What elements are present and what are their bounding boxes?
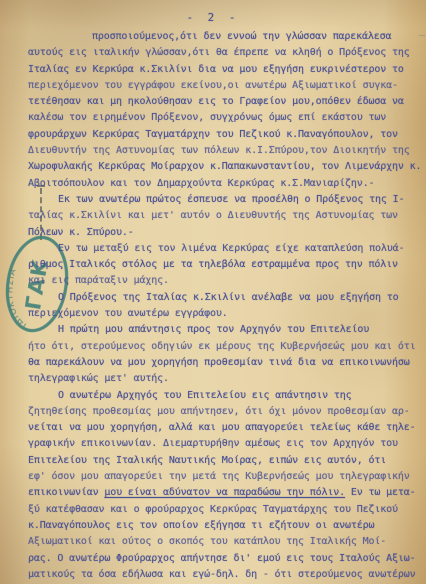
document-line: ρας. Ο ανωτέρω Φρούραρχος απήντησε δι' ε… <box>28 551 422 567</box>
document-line: Διευθυντήν της Αστυνομίας των πόλεων κ.Ι… <box>28 143 422 159</box>
document-line: Επιτελείου της Ιταλικής Ναυτικής Μοίρας,… <box>28 453 422 469</box>
line-text: επικοινωνίαν <box>28 487 104 498</box>
document-line: γραφικήν επικοινωνίαν. Διεμαρτυρήθην αμέ… <box>28 436 422 452</box>
document-line: Εν τω μεταξύ εις τον λιμένα Κερκύρας είχ… <box>28 241 422 257</box>
document-line: ματικούς τα όσα εδήλωσα και εγώ-δηλ. δη … <box>28 567 422 583</box>
document-line: Εκ των ανωτέρω πρώτος έσπευσε να προσέλθ… <box>28 192 422 208</box>
document-line: θα παρεκάλουν να μου χορηγήση προθεσμίαν… <box>28 355 422 371</box>
document-line: περιεχόμενον του ανωτέρω εγγράφου. <box>28 306 422 322</box>
document-line: Η πρώτη μου απάντησις προς τον Αρχηγόν τ… <box>28 322 422 338</box>
text-block: προσποιούμενος,ότι δεν εννοώ την γλώσσαν… <box>28 29 422 583</box>
document-line: Χωροφυλακής Κερκύρας Μοίραρχον κ.Παπακων… <box>28 159 422 175</box>
underlined-text: μου είναι αδύνατον να παραδώσω την πόλιν… <box>104 487 345 498</box>
document-line: φρουράρχων Κερκύρας Ταγματάρχην του Πεζι… <box>28 127 422 143</box>
document-line: Αξιωματικοί και ούτος ο σκοπός του κατάπ… <box>28 534 422 550</box>
document-line: Ο ανωτέρω Αρχηγός του Επιτελείου εις απά… <box>28 388 422 404</box>
document-line: Πόλεων κ. Σπύρου.- <box>28 225 422 241</box>
document-line: και εις παράταξιν μάχης. <box>28 273 422 289</box>
document-line: ήτο ότι, στερούμενος οδηγιών εκ μέρους τ… <box>28 339 422 355</box>
document-line: επικοινωνίαν μου είναι αδύνατον να παραδ… <box>28 485 422 501</box>
document-line: ξύ κατέφθασαν και ο φρούραρχος Κερκύρας … <box>28 502 422 518</box>
document-line: ταλίας κ.Σκιλίνι και μετ' αυτόν ο Διευθυ… <box>28 208 422 224</box>
document-line: Ο Πρόξενος της Ιταλίας κ.Σκιλίνι ανέλαβε… <box>28 290 422 306</box>
document-line: τετέθησαν και μη ηκολούθησαν εις το Γραφ… <box>28 94 422 110</box>
document-line: κ.Παναγόπουλος εις τον οποίον εξήγησα τι… <box>28 518 422 534</box>
document-line: νείται να μου χορηγήση, αλλά και μου απα… <box>28 420 422 436</box>
page-number: - 2 - <box>0 11 426 24</box>
document-line: ζητηθείσης προθεσμίας μου απήντησεν, ότι… <box>28 404 422 420</box>
document-line: εφ' όσον μου απαγορεύει την μετά της Κυβ… <box>28 469 422 485</box>
document-line: τηλεγραφικώς μετ' αυτής. <box>28 371 422 387</box>
document-page: - 2 - — ΙΔΙΟΚΤΗΣΙΑ ΓΑΚ προσποιούμενος,ότ… <box>0 0 426 584</box>
document-line: καλέσω τον ειρημένον Πρόξενον, συγχρόνως… <box>28 110 422 126</box>
document-line: Ιταλίας εν Κερκύρα κ.Σκιλίνι δια να μου … <box>28 62 422 78</box>
document-line: περιεχόμενον του εγγράφου εκείνου,οι ανω… <box>28 78 422 94</box>
document-line: Αβοιτσόπουλον και τον Δημαρχούντα Κερκύρ… <box>28 176 422 192</box>
document-line: προσποιούμενος,ότι δεν εννοώ την γλώσσαν… <box>28 29 422 45</box>
line-text: Εν τω μετα- <box>345 487 415 498</box>
document-line: αυτούς εις ιταλικήν γλώσσαν,ότι θα έπρεπ… <box>28 45 422 61</box>
document-line: ριθμος Ιταλικός στόλος με τα τηλεβόλα εσ… <box>28 257 422 273</box>
